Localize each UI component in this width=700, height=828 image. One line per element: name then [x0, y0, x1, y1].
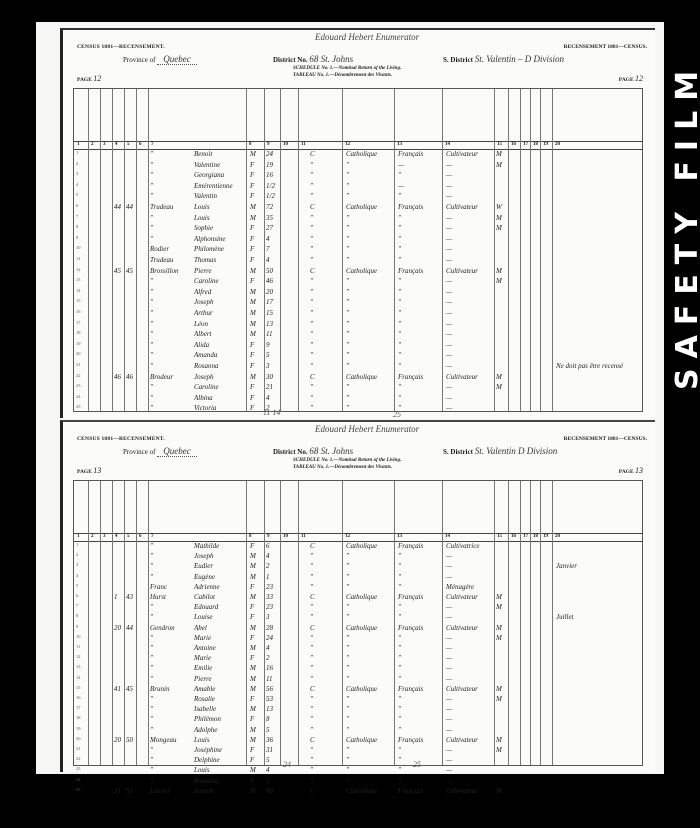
column-number: 7 [151, 534, 154, 539]
cell-religion: " [310, 351, 313, 359]
cell-given: Eudier [194, 562, 213, 570]
cell-surname: Brossillon [150, 267, 179, 275]
cell-origin: " [346, 161, 349, 169]
cell-sex: F [250, 715, 254, 723]
cell-birth: " [398, 192, 401, 200]
census-row: 2"ValentineF19""——M [74, 161, 642, 172]
cell-given: Rosalie [194, 695, 215, 703]
column-number: 5 [127, 142, 130, 147]
census-row: 64444TrudeauLouisM72CCatholiqueFrançaisC… [74, 203, 642, 214]
cell-religion: " [310, 746, 313, 754]
cell-age: 1/2 [266, 192, 275, 200]
column-number: 6 [139, 142, 142, 147]
census-row: 14"PierreM11"""— [74, 675, 642, 686]
film-label-text: SAFETY FILM [670, 61, 700, 390]
cell-n: 6 [76, 203, 78, 208]
cell-given: Joséphine [194, 746, 222, 754]
cell-religion: " [310, 695, 313, 703]
schedule-fr: TABLEAU No. 1.—Dénombrement des Vivants. [293, 465, 392, 470]
cell-n: 12 [76, 267, 81, 272]
cell-age: 48 [266, 787, 273, 795]
cell-origin: " [346, 171, 349, 179]
cell-given: Pierre [194, 267, 212, 275]
column-number: 8 [249, 534, 252, 539]
cell-religion: " [310, 320, 313, 328]
cell-age: 31 [266, 746, 273, 754]
cell-origin: " [346, 634, 349, 642]
cell-sex: F [250, 256, 254, 264]
census-sheet-page-13: Edouard Hebert Enumerator CENSUS 1881—RE… [60, 420, 655, 772]
cell-origin: " [346, 573, 349, 581]
cell-religion: " [310, 256, 313, 264]
cell-sex: M [250, 373, 256, 381]
cell-given: Antoine [194, 644, 216, 652]
cell-given: Albert [194, 330, 212, 338]
cell-occupation: — [446, 182, 452, 190]
cell-given: Delphine [194, 756, 220, 764]
cell-n: 1 [76, 150, 78, 155]
cell-age: 5 [266, 726, 270, 734]
cell-given: Alida [194, 341, 209, 349]
cell-surname: " [150, 394, 153, 402]
cell-marital: M [496, 214, 502, 222]
census-rows: 1"MathildeF6CCatholiqueFrançaisCultivatr… [74, 542, 642, 765]
column-number: 14 [445, 142, 450, 147]
census-row: 5FrancAdrienneF23"""Ménagère [74, 583, 642, 594]
column-number: 4 [115, 142, 118, 147]
cell-origin: " [346, 192, 349, 200]
cell-age: 27 [266, 224, 273, 232]
cell-marital: W [496, 203, 502, 211]
cell-n: 16 [76, 695, 81, 700]
cell-given: Benoit [194, 150, 212, 158]
cell-sex: M [250, 288, 256, 296]
cell-origin: Catholique [346, 203, 377, 211]
cell-marital: M [496, 746, 502, 754]
cell-given: Philémon [194, 715, 221, 723]
cell-given: Sophie [194, 224, 213, 232]
cell-occupation: — [446, 171, 452, 179]
cell-religion: " [310, 288, 313, 296]
cell-sex: M [250, 267, 256, 275]
cell-occupation: Cultivateur [446, 150, 478, 158]
footer-mark: 25 [413, 760, 421, 769]
cell-birth: Français [398, 787, 423, 795]
cell-origin: " [346, 288, 349, 296]
cell-family: 44 [126, 624, 133, 632]
census-row: 22"DelphineF5"""— [74, 756, 642, 767]
census-row: 202050MongeauLouisM36CCatholiqueFrançais… [74, 736, 642, 747]
cell-sex: M [250, 726, 256, 734]
schedule-title: SCHEDULE No. 1.—Nominal Return of the Li… [293, 457, 401, 471]
cell-age: 4 [266, 552, 270, 560]
cell-religion: " [310, 394, 313, 402]
cell-religion: " [310, 214, 313, 222]
cell-surname: " [150, 330, 153, 338]
cell-origin: " [346, 562, 349, 570]
cell-n: 11 [76, 256, 80, 261]
column-number: 16 [511, 534, 516, 539]
cell-origin: " [346, 766, 349, 774]
cell-given: Joseph [194, 298, 213, 306]
cell-occupation: — [446, 224, 452, 232]
page-value: 12 [93, 74, 101, 83]
cell-birth: " [398, 777, 401, 785]
cell-religion: " [310, 756, 313, 764]
safety-film-label: SAFETY FILM [666, 0, 700, 400]
column-number: 18 [533, 534, 538, 539]
cell-age: 1 [266, 573, 270, 581]
cell-given: Louis [194, 766, 210, 774]
page-number-right: PAGE 12 [619, 74, 643, 83]
column-number: 6 [139, 534, 142, 539]
province-field: Province of Quebec [123, 446, 197, 456]
cell-age: 46 [266, 277, 273, 285]
cell-given: Adrienne [194, 583, 220, 591]
cell-origin: " [346, 654, 349, 662]
cell-origin: " [346, 224, 349, 232]
cell-n: 12 [76, 654, 81, 659]
subdistrict-value: St. Valentin D Division [475, 446, 558, 456]
cell-sex: M [250, 298, 256, 306]
census-row: 12"MarieF2"""— [74, 654, 642, 665]
cell-given: Amable [194, 685, 215, 693]
cell-age: 11 [266, 675, 272, 683]
schedule-en: SCHEDULE No. 1.—Nominal Return of the Li… [293, 458, 401, 463]
cell-birth: " [398, 383, 401, 391]
cell-sex: M [250, 150, 256, 158]
cell-religion: " [310, 726, 313, 734]
cell-age: 8 [266, 715, 270, 723]
census-row: 14"AlfredM20"""— [74, 288, 642, 299]
cell-surname: " [150, 766, 153, 774]
cell-given: Adolphe [194, 726, 217, 734]
census-row: 10"MarieF24"""—M [74, 634, 642, 645]
cell-given: Joseph [194, 373, 213, 381]
cell-birth: " [398, 756, 401, 764]
cell-n: 15 [76, 685, 81, 690]
cell-given: Caroline [194, 383, 219, 391]
column-number: 17 [523, 534, 528, 539]
cell-birth: " [398, 675, 401, 683]
cell-origin: " [346, 695, 349, 703]
cell-surname: " [150, 562, 153, 570]
cell-surname: Trudeau [150, 203, 173, 211]
cell-birth: Français [398, 736, 423, 744]
cell-marital: M [496, 787, 502, 795]
census-row: 7"EdouardF23"""—M [74, 603, 642, 614]
cell-given: Marie [194, 654, 211, 662]
cell-n: 10 [76, 634, 81, 639]
cell-religion: C [310, 542, 315, 550]
cell-occupation: — [446, 695, 452, 703]
subdistrict-label: S. District [443, 56, 473, 64]
cell-age: 53 [266, 695, 273, 703]
cell-n: 9 [76, 624, 78, 629]
cell-origin: " [346, 756, 349, 764]
cell-religion: " [310, 573, 313, 581]
cell-age: 2 [266, 654, 270, 662]
cell-occupation: — [446, 330, 452, 338]
cell-birth: " [398, 171, 401, 179]
cell-birth: " [398, 634, 401, 642]
cell-religion: " [310, 192, 313, 200]
cell-surname: Brunin [150, 685, 169, 693]
column-number: 20 [555, 534, 560, 539]
cell-religion: " [310, 309, 313, 317]
cell-occupation: Cultivateur [446, 624, 478, 632]
cell-family: 51 [126, 787, 133, 795]
cell-age: 2 [266, 562, 270, 570]
cell-age: 4 [266, 235, 270, 243]
column-number: 1 [77, 142, 80, 147]
cell-birth: Français [398, 685, 423, 693]
cell-origin: " [346, 746, 349, 754]
cell-given: Albina [194, 394, 213, 402]
cell-occupation: Ménagère [446, 583, 474, 591]
column-number: 10 [283, 534, 288, 539]
cell-n: 15 [76, 298, 81, 303]
cell-house: 46 [114, 373, 121, 381]
column-number: 7 [151, 142, 154, 147]
cell-birth: " [398, 603, 401, 611]
cell-sex: F [250, 603, 254, 611]
cell-age: 56 [266, 685, 273, 693]
census-row: 21"RosannaF3"""—Ne doit pas être recensé [74, 362, 642, 373]
census-row: 13"EmilieM16"""— [74, 664, 642, 675]
footer-mark: 11 14 [263, 408, 280, 417]
cell-n: 23 [76, 766, 81, 771]
cell-origin: Catholique [346, 736, 377, 744]
cell-surname: " [150, 309, 153, 317]
cell-sex: M [250, 593, 256, 601]
cell-birth: " [398, 726, 401, 734]
cell-occupation: — [446, 214, 452, 222]
cell-origin: " [346, 705, 349, 713]
cell-surname: " [150, 644, 153, 652]
cell-surname: " [150, 726, 153, 734]
cell-origin: " [346, 777, 349, 785]
cell-n: 4 [76, 182, 78, 187]
cell-note: Janvier [556, 562, 577, 570]
cell-surname: " [150, 603, 153, 611]
column-number: 9 [267, 142, 270, 147]
census-row: 8"LouiseF3"""—Juillet [74, 613, 642, 624]
cell-birth: " [398, 573, 401, 581]
cell-birth: — [398, 182, 404, 190]
cell-surname: Hurst [150, 593, 166, 601]
page-number-left: PAGE 12 [77, 74, 101, 83]
column-number: 14 [445, 534, 450, 539]
census-row: 25"VictoriaF2"""— [74, 404, 642, 415]
cell-age: 21 [266, 383, 273, 391]
cell-age: 35 [266, 214, 273, 222]
column-number: 12 [345, 534, 350, 539]
cell-age: 4 [266, 394, 270, 402]
cell-religion: C [310, 736, 315, 744]
cell-occupation: — [446, 715, 452, 723]
cell-origin: Catholique [346, 542, 377, 550]
cell-marital: M [496, 277, 502, 285]
cell-marital: M [496, 736, 502, 744]
cell-family: 45 [126, 267, 133, 275]
cell-n: 20 [76, 736, 81, 741]
cell-origin: " [346, 664, 349, 672]
cell-family: 50 [126, 736, 133, 744]
column-number: 5 [127, 534, 130, 539]
cell-n: 17 [76, 705, 81, 710]
cell-surname: Franc [150, 583, 167, 591]
column-number: 1 [77, 534, 80, 539]
cell-n: 2 [76, 161, 78, 166]
cell-age: 24 [266, 150, 273, 158]
column-number: 11 [301, 142, 306, 147]
cell-origin: Catholique [346, 267, 377, 275]
column-number: 17 [523, 142, 528, 147]
census-row: 252151LussierJosephM48CCatholiqueFrançai… [74, 787, 642, 798]
cell-origin: Catholique [346, 624, 377, 632]
column-number: 19 [543, 142, 548, 147]
cell-n: 3 [76, 171, 78, 176]
census-row: 16"RosalieF53"""—M [74, 695, 642, 706]
cell-n: 13 [76, 277, 81, 282]
cell-age: 6 [266, 542, 270, 550]
cell-religion: C [310, 593, 315, 601]
cell-origin: Catholique [346, 787, 377, 795]
cell-birth: " [398, 330, 401, 338]
sheet-header: Edouard Hebert Enumerator CENSUS 1881—RE… [63, 30, 655, 88]
cell-n: 21 [76, 746, 81, 751]
cell-n: 23 [76, 383, 81, 388]
cell-given: Louis [194, 214, 210, 222]
cell-origin: Catholique [346, 373, 377, 381]
cell-note: Ne doit pas être recensé [556, 362, 623, 370]
column-numbers: 1234567891011121314151617181920 [74, 141, 642, 150]
cell-surname: " [150, 542, 153, 550]
page-label: PAGE [77, 469, 92, 475]
cell-birth: Français [398, 267, 423, 275]
cell-religion: C [310, 787, 315, 795]
cell-n: 25 [76, 404, 81, 409]
census-row: 23"CarolineF21"""—M [74, 383, 642, 394]
cell-birth: " [398, 256, 401, 264]
cell-origin: " [346, 394, 349, 402]
cell-birth: Français [398, 542, 423, 550]
cell-marital: M [496, 150, 502, 158]
cell-religion: " [310, 182, 313, 190]
cell-surname: " [150, 695, 153, 703]
cell-given: Caroline [194, 277, 219, 285]
cell-birth: " [398, 320, 401, 328]
cell-origin: " [346, 298, 349, 306]
cell-sex: M [250, 736, 256, 744]
cell-religion: " [310, 552, 313, 560]
cell-occupation: — [446, 552, 452, 560]
cell-sex: M [250, 552, 256, 560]
cell-birth: " [398, 705, 401, 713]
cell-origin: " [346, 330, 349, 338]
cell-occupation: Cultivatrice [446, 542, 479, 550]
cell-religion: " [310, 715, 313, 723]
cell-religion: " [310, 330, 313, 338]
column-number: 12 [345, 142, 350, 147]
cell-origin: " [346, 613, 349, 621]
cell-n: 19 [76, 341, 81, 346]
cell-surname: " [150, 552, 153, 560]
cell-birth: " [398, 298, 401, 306]
cell-n: 24 [76, 777, 81, 782]
census-row: 154145BruninAmableM56CCatholiqueFrançais… [74, 685, 642, 696]
cell-marital: M [496, 695, 502, 703]
cell-religion: C [310, 685, 315, 693]
cell-house: 21 [114, 787, 121, 795]
cell-birth: Français [398, 150, 423, 158]
cell-origin: " [346, 277, 349, 285]
footer-mark: 25 [393, 410, 401, 419]
cell-birth: " [398, 309, 401, 317]
cell-birth: " [398, 746, 401, 754]
column-number: 8 [249, 142, 252, 147]
census-row: 16"ArthurM15"""— [74, 309, 642, 320]
cell-surname: " [150, 756, 153, 764]
cell-origin: " [346, 245, 349, 253]
cell-n: 10 [76, 245, 81, 250]
column-number: 3 [103, 534, 106, 539]
cell-origin: " [346, 320, 349, 328]
cell-n: 9 [76, 235, 78, 240]
cell-surname: " [150, 341, 153, 349]
cell-occupation: Cultivateur [446, 787, 478, 795]
cell-age: 36 [266, 736, 273, 744]
cell-age: 20 [266, 288, 273, 296]
district-label: District No. [273, 56, 308, 64]
cell-origin: " [346, 552, 349, 560]
cell-surname: " [150, 715, 153, 723]
cell-n: 25 [76, 787, 81, 792]
cell-religion: " [310, 654, 313, 662]
cell-n: 17 [76, 320, 81, 325]
cell-n: 11 [76, 644, 80, 649]
cell-age: 4 [266, 256, 270, 264]
census-row: 6143HurstCabilotM33CCatholiqueFrançaisCu… [74, 593, 642, 604]
cell-n: 4 [76, 573, 78, 578]
cell-given: Emérentienne [194, 182, 233, 190]
cell-age: 19 [266, 161, 273, 169]
cell-religion: " [310, 277, 313, 285]
cell-n: 1 [76, 542, 78, 547]
cell-n: 6 [76, 593, 78, 598]
page-value: 13 [635, 466, 643, 475]
cell-surname: " [150, 675, 153, 683]
cell-birth: " [398, 613, 401, 621]
census-title-en: CENSUS 1881—RECENSEMENT. [77, 436, 165, 442]
cell-origin: " [346, 362, 349, 370]
census-row: 92044GendronAbelM28CCatholiqueFrançaisCu… [74, 624, 642, 635]
cell-age: 2 [266, 777, 270, 785]
column-number: 19 [543, 534, 548, 539]
cell-age: 7 [266, 245, 270, 253]
cell-religion: " [310, 613, 313, 621]
cell-house: 20 [114, 736, 121, 744]
cell-religion: C [310, 624, 315, 632]
census-row: 1"BenoitM24CCatholiqueFrançaisCultivateu… [74, 150, 642, 161]
cell-age: 5 [266, 351, 270, 359]
cell-occupation: — [446, 613, 452, 621]
cell-surname: " [150, 298, 153, 306]
cell-religion: " [310, 583, 313, 591]
cell-given: Arthur [194, 309, 213, 317]
census-title-fr: RECENSEMENT 1881—CENSUS. [564, 44, 647, 50]
